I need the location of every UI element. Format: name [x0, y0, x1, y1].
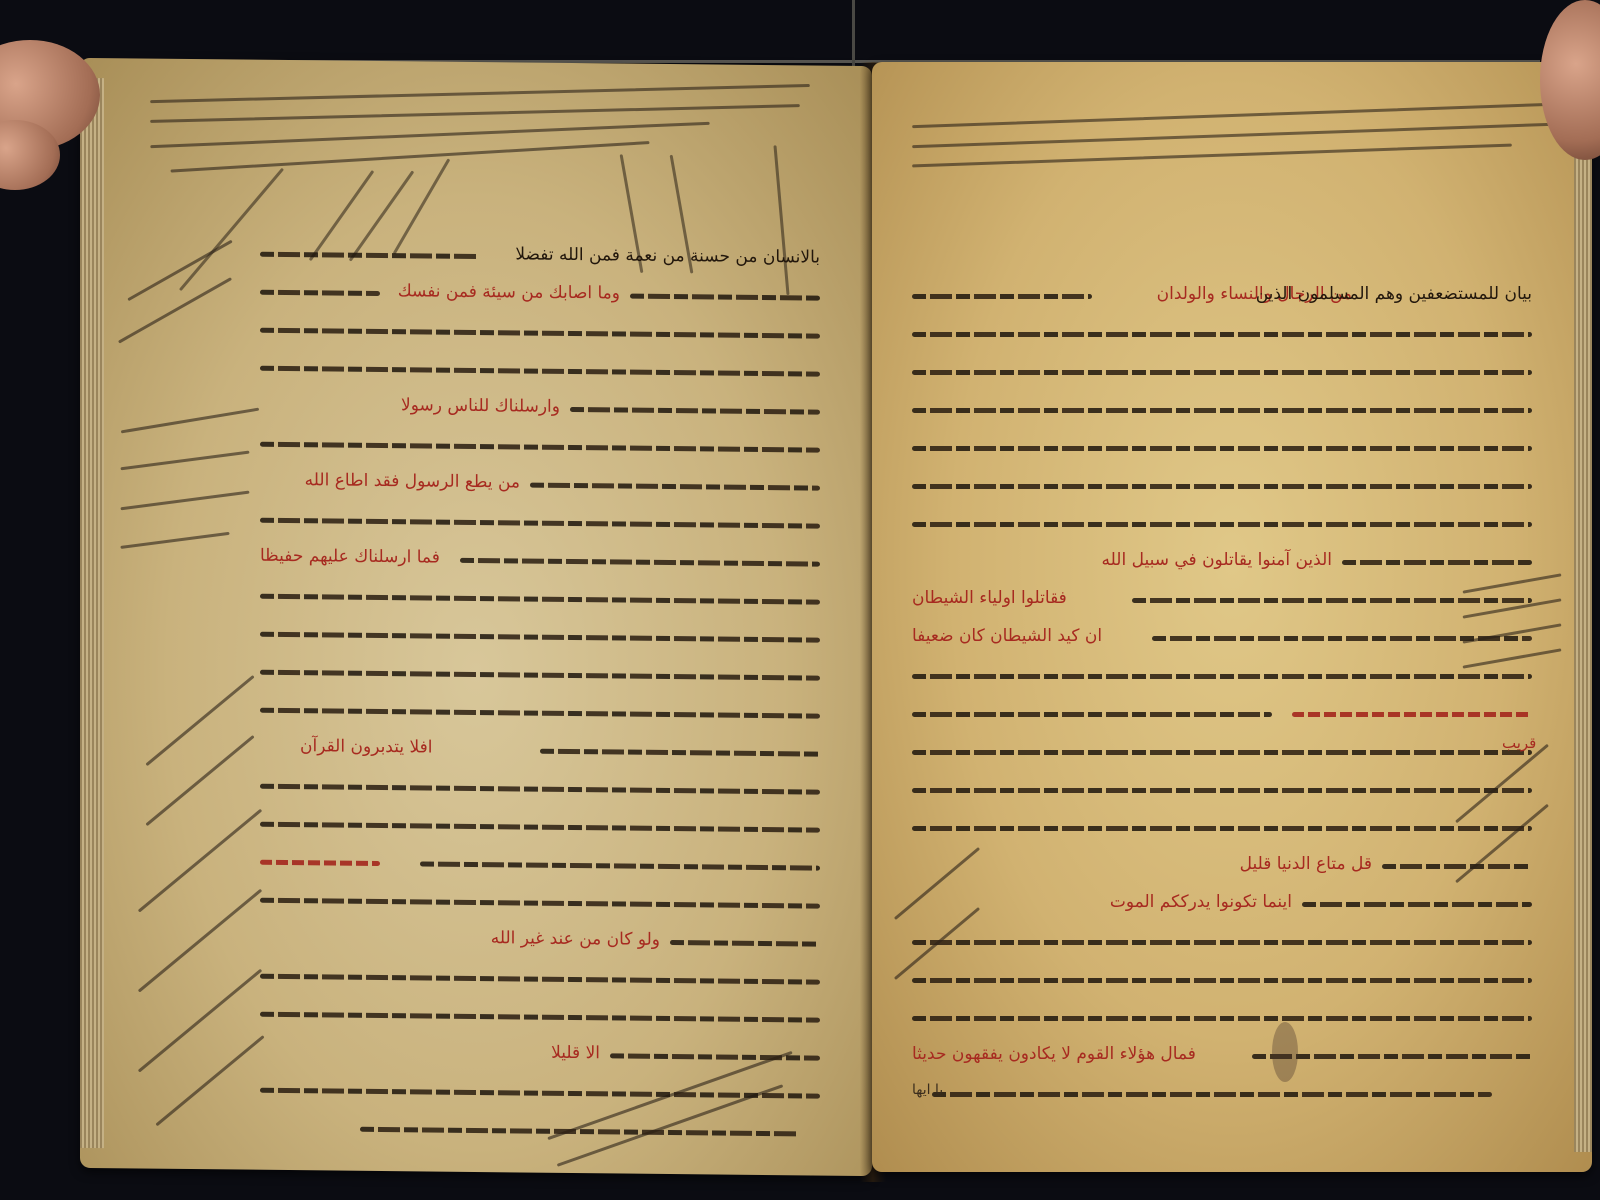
left-main-text: بالانسان من حسنة من نعمة فمن الله تفضلا … [260, 240, 820, 1158]
page-edges-right [1574, 82, 1592, 1152]
rubric-line: افلا يتدبرون القرآن [300, 736, 432, 757]
rubric-line: قل متاع الدنيا قليل [1240, 854, 1372, 874]
rubric-line: الا قليلا [551, 1043, 600, 1064]
catchword: يا ايها [912, 1082, 943, 1098]
rubric-line: الذين آمنوا يقاتلون في سبيل الله [1102, 550, 1332, 570]
open-manuscript: بالانسان من حسنة من نعمة فمن الله تفضلا … [60, 62, 1550, 1192]
right-page: من الرجال والنساء والولدانبيان للمستضعفي… [872, 62, 1592, 1172]
text-line: بيان للمستضعفين وهم المسلمون الذين [1256, 284, 1532, 304]
rubric-line: اينما تكونوا يدرككم الموت [1110, 892, 1292, 912]
rubric-line: فقاتلوا اولياء الشيطان [912, 588, 1067, 608]
left-page: بالانسان من حسنة من نعمة فمن الله تفضلا … [80, 58, 872, 1176]
margin-note-red: قريب [1502, 732, 1536, 754]
text-line: بالانسان من حسنة من نعمة فمن الله تفضلا [515, 244, 820, 267]
page-edges-left [80, 78, 104, 1148]
rubric-line: فما ارسلناك عليهم حفيظا [260, 546, 440, 568]
rubric-line: ولو كان من عند غير الله [491, 928, 660, 950]
ink-stain [1272, 1022, 1298, 1082]
rubric-line: وما اصابك من سيئة فمن نفسك [398, 281, 620, 303]
rubric-line: وارسلناك للناس رسولا [401, 395, 560, 417]
right-main-text: من الرجال والنساء والولدانبيان للمستضعفي… [912, 282, 1532, 1118]
rubric-line: ان كيد الشيطان كان ضعيفا [912, 626, 1102, 646]
rubric-line: فمال هؤلاء القوم لا يكادون يفقهون حديثا [912, 1044, 1196, 1064]
rubric-line: من يطع الرسول فقد اطاع الله [305, 470, 520, 492]
